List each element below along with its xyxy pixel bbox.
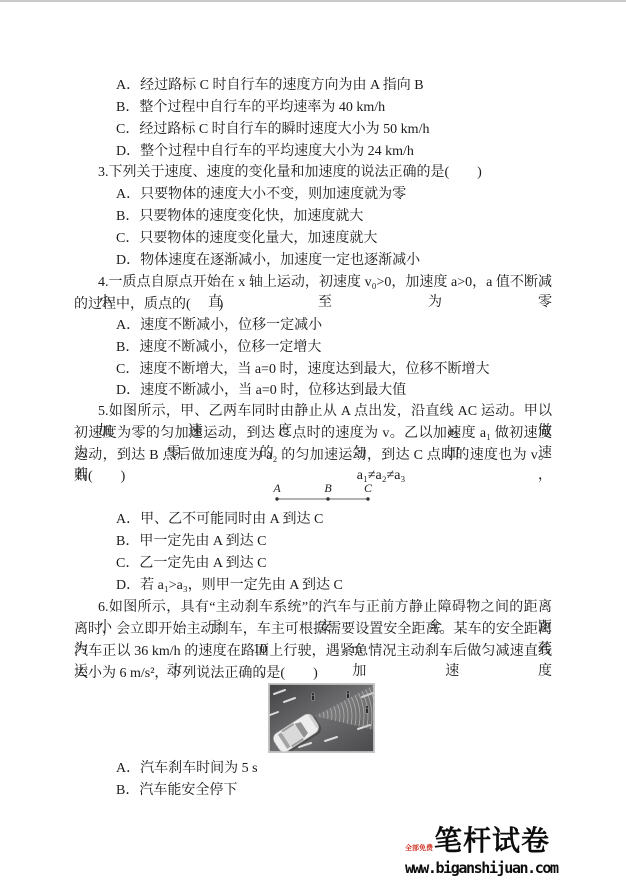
diagram-label-a: A <box>272 481 281 495</box>
text-line: 的过程中，质点的( ) <box>74 295 552 315</box>
text-line: 运动，到达 B 点后做加速度为 a₂ 的匀加速运动，到达 C 点时的速度也为 v… <box>74 446 552 466</box>
scan-edge-strip <box>0 0 626 2</box>
text-line: B．汽车能安全停下 <box>116 781 552 801</box>
text-line: D．速度不断减小，当 a=0 时，位移达到最大值 <box>116 381 552 401</box>
text-line: A．只要物体的速度大小不变，则加速度就为零 <box>116 185 552 205</box>
question-5: 5.如图所示，甲、乙两车同时由静止从 A 点出发，沿直线 AC 运动。甲以加速度… <box>98 402 552 422</box>
question-4: 4.一质点自原点开始在 x 轴上运动，初速度 v₀>0，加速度 a>0，a 值不… <box>98 273 552 293</box>
text-line: C．只要物体的速度变化量大，加速度就大 <box>116 229 552 249</box>
diagram-label-c: C <box>364 481 373 495</box>
text-line: C．经过路标 C 时自行车的瞬时速度大小为 50 km/h <box>116 120 552 140</box>
text-line: B．速度不断减小，位移一定增大 <box>116 338 552 358</box>
text-line: A．速度不断减小，位移一定减小 <box>116 316 552 336</box>
text-line: 大小为 6 m/s²，下列说法正确的是( ) <box>74 664 552 684</box>
watermark-url: www.biganshijuan.com <box>405 860 558 877</box>
abc-line-diagram: A B C <box>268 479 378 505</box>
diagram-label-b: B <box>324 481 332 495</box>
exam-paper-page: { "page": { "top_strip_color": "#c9c9c9"… <box>0 0 626 890</box>
text-line: 初速度为零的匀加速运动，到达 C 点时的速度为 v。乙以加速度 a₁ 做初速度为… <box>74 424 552 444</box>
text-line: 离时，会立即开始主动刹车，车主可根据需要设置安全距离。某车的安全距离为 10 m… <box>74 620 552 640</box>
text-line: B．只要物体的速度变化快，加速度就大 <box>116 207 552 227</box>
text-line: D．物体速度在逐渐减小，加速度一定也逐渐减小 <box>116 251 552 271</box>
text-line: D．若 a₁>a₃，则甲一定先由 A 到达 C <box>116 576 552 596</box>
text-line: A．经过路标 C 时自行车的速度方向为由 A 指向 B <box>116 76 552 96</box>
text-line: D．整个过程中自行车的平均速度大小为 24 km/h <box>116 142 552 162</box>
question-3: 3.下列关于速度、速度的变化量和加速度的说法正确的是( ) <box>98 163 552 183</box>
watermark-brand: 笔杆试卷 <box>434 827 550 855</box>
active-braking-car-illustration-icon <box>269 684 374 752</box>
text-line: 汽车正以 36 km/h 的速度在路面上行驶，遇紧急情况主动刹车后做匀减速直线运… <box>74 642 552 662</box>
active-braking-car-figure <box>268 683 375 753</box>
text-line: C．乙一定先由 A 到达 C <box>116 554 552 574</box>
watermark-tagline: 全部免费 <box>405 845 433 852</box>
text-line: B．甲一定先由 A 到达 C <box>116 532 552 552</box>
site-watermark: 全部免费 笔杆试卷 www.biganshijuan.com <box>405 827 558 877</box>
question-6: 6.如图所示，具有“主动刹车系统”的汽车与正前方静止障碍物之间的距离小于安全距 <box>98 598 552 618</box>
text-line: C．速度不断增大，当 a=0 时，速度达到最大，位移不断增大 <box>116 360 552 380</box>
text-line: A．甲、乙不可能同时由 A 到达 C <box>116 510 552 530</box>
text-line: B．整个过程中自行车的平均速率为 40 km/h <box>116 98 552 118</box>
text-line: A．汽车刹车时间为 5 s <box>116 759 552 779</box>
